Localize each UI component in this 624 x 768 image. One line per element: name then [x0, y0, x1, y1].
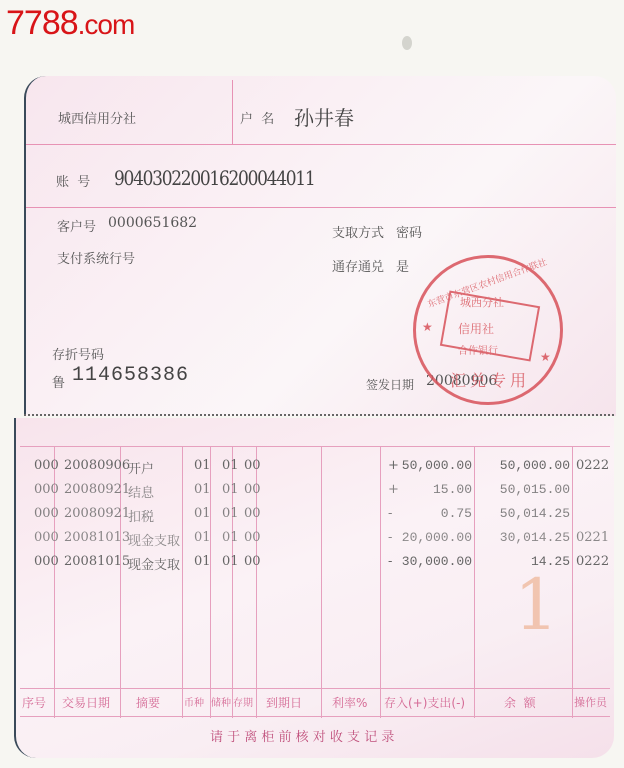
account-name: 孙井春 [294, 102, 354, 131]
official-seal: 东营市东营区农村信用合作联社 ★ ★ 城西分社 信用社 合作银行 汇兑专用 [413, 255, 563, 405]
col-header-type: 储种 [211, 694, 231, 709]
customer-no-label: 客户号 [57, 216, 96, 235]
divider [232, 80, 233, 144]
fold-perforation [24, 414, 614, 416]
table-header-bottom-border [20, 716, 610, 717]
page-marker: 1 [514, 574, 564, 636]
ledger-row: 000 20080906 开户 01 01 00 + 50,000.00 50,… [16, 458, 614, 482]
col-header-seq: 序号 [22, 694, 46, 711]
passbook-no-prefix: 鲁 [52, 372, 65, 391]
ledger-row: 000 20081013 现金支取 01 01 00 - 20,000.00 3… [16, 530, 614, 554]
ledger-row: 000 20080921 结息 01 01 00 + 15.00 50,015.… [16, 482, 614, 506]
seal-star-right: ★ [540, 350, 551, 364]
passbook-ledger-page: 000 20080906 开户 01 01 00 + 50,000.00 50,… [14, 418, 614, 758]
col-header-balance: 余 额 [504, 694, 536, 711]
col-header-amount: 存入(+)支出(-) [384, 694, 465, 711]
account-name-label: 户 名 [240, 108, 274, 127]
col-header-operator: 操作员 [574, 694, 607, 710]
footer-notice: 请 于 离 柜 前 核 对 收 支 记 录 [210, 726, 394, 745]
col-header-summary: 摘要 [136, 694, 160, 711]
withdraw-method: 密码 [396, 222, 422, 241]
col-header-rate: 利率% [332, 694, 367, 711]
passbook-no: 114658386 [72, 364, 189, 387]
withdraw-method-label: 支取方式 [332, 222, 384, 241]
universal-deposit-label: 通存通兑 [332, 256, 384, 275]
seal-star-left: ★ [422, 320, 433, 334]
divider [26, 207, 616, 208]
branch-name: 城西信用分社 [58, 108, 136, 127]
universal-deposit: 是 [396, 256, 409, 275]
seal-inner-middle: 信用社 [458, 320, 494, 337]
seal-inner-top: 城西分社 [460, 294, 504, 310]
table-header-top-border [20, 688, 610, 689]
account-no: 904030220016200044011 [114, 166, 314, 190]
col-header-currency: 币种 [184, 694, 204, 709]
seal-inner-bottom: 合作银行 [458, 342, 498, 357]
site-watermark: 7788.com [6, 4, 134, 43]
account-no-label: 账 号 [56, 171, 90, 190]
customer-no: 0000651682 [108, 215, 197, 231]
table-top-border [20, 446, 610, 447]
col-header-term: 存期 [233, 694, 253, 709]
issue-date-label: 签发日期 [366, 376, 414, 393]
divider [26, 144, 616, 145]
seal-bottom-text: 汇兑专用 [450, 368, 530, 391]
passbook-no-label: 存折号码 [52, 344, 104, 363]
scan-smudge [402, 36, 412, 50]
ledger-header: 序号 交易日期 摘要 币种 储种 存期 到期日 利率% 存入(+)支出(-) 余… [16, 694, 614, 714]
ledger-row: 000 20080921 扣税 01 01 00 - 0.75 50,014.2… [16, 506, 614, 530]
ledger-table: 000 20080906 开户 01 01 00 + 50,000.00 50,… [16, 446, 614, 718]
col-header-maturity: 到期日 [266, 694, 302, 711]
payment-system-label: 支付系统行号 [57, 248, 135, 267]
col-header-date: 交易日期 [62, 694, 110, 711]
